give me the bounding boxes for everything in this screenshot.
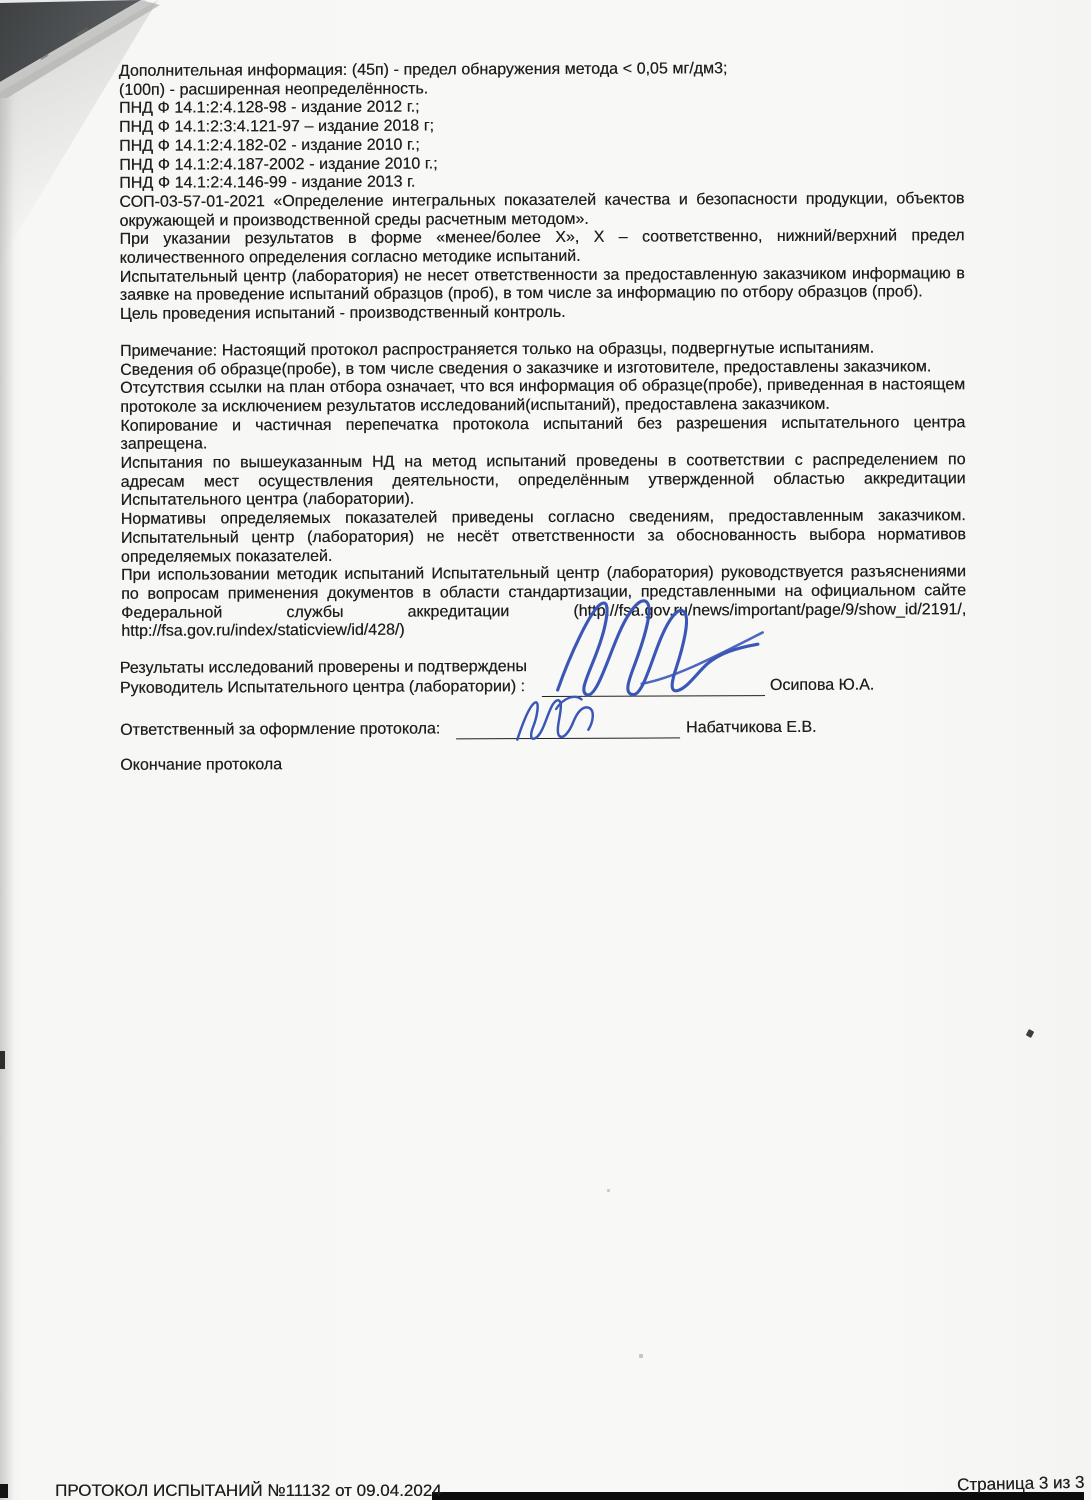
footer-protocol-number: ПРОТОКОЛ ИСПЫТАНИЙ №11132 от 09.04.2024 <box>55 1481 442 1500</box>
paragraph: Испытания по вышеуказанным НД на метод и… <box>120 451 965 511</box>
responsible-name: Набатчикова Е.В. <box>686 719 816 738</box>
head-of-center-name: Осипова Ю.А. <box>770 677 874 696</box>
scan-edge-mark <box>0 1484 8 1498</box>
paragraph: Копирование и частичная перепечатка прот… <box>120 414 965 455</box>
head-of-center-label: Руководитель Испытательного центра (лабо… <box>120 678 525 698</box>
scan-speck <box>1026 1029 1035 1038</box>
responsible-label: Ответственный за оформление протокола: <box>120 720 440 740</box>
scan-speck <box>639 1354 643 1358</box>
notes-block: Примечание: Настоящий протокол распростр… <box>120 339 966 642</box>
paragraph: Отсутствия ссылки на план отбора означае… <box>120 376 965 417</box>
signature-nabatchikova-icon <box>508 692 608 747</box>
paragraph: Испытательный центр (лаборатория) не нес… <box>120 265 965 306</box>
paragraph: СОП-03-57-01-2021 «Определение интеграль… <box>119 190 964 231</box>
footer-page-number: Страница 3 из 3 <box>957 1473 1085 1496</box>
end-of-protocol-note: Окончание протокола <box>120 756 282 775</box>
document-body: Дополнительная информация: (45п) - преде… <box>119 59 967 642</box>
scan-edge-mark <box>0 1051 5 1069</box>
paragraph: При использовании методик испытаний Испы… <box>121 563 966 641</box>
scan-speck <box>607 1189 610 1192</box>
additional-info-block: Дополнительная информация: (45п) - преде… <box>119 59 965 325</box>
signature-osipova-icon <box>547 592 767 705</box>
scanned-protocol-page: { "page": { "colors": { "ink": "#1f1f1f"… <box>0 0 1091 1500</box>
signoff-block: Результаты исследований проверены и подт… <box>120 650 981 789</box>
paragraph: Цель проведения испытаний - производстве… <box>120 302 965 324</box>
paragraph: При указании результатов в форме «менее/… <box>119 227 964 268</box>
paragraph: Нормативы определяемых показателей приве… <box>121 507 966 567</box>
results-verified-line: Результаты исследований проверены и подт… <box>120 658 527 678</box>
